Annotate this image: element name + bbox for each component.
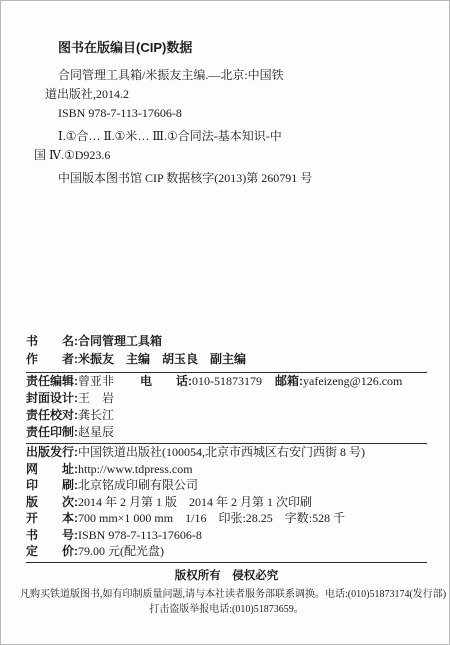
website-label: 网址 <box>26 461 74 478</box>
print-supervisor-label: 责任印制 <box>26 424 74 441</box>
book-title-label: 书名 <box>26 332 74 350</box>
staff-cover-row: 封面设计:王 岩 <box>26 390 427 407</box>
phone-number: 010-51873179 <box>192 374 262 388</box>
cip-classification-line-1: Ⅰ.①合… Ⅱ.①米… Ⅲ.①合同法-基本知识-中 <box>58 127 427 146</box>
email-label: 邮箱 <box>275 373 299 390</box>
editor-name: 曾亚非 <box>78 374 114 388</box>
edition-row: 版次:2014 年 2 月第 1 版 2014 年 2 月第 1 次印刷 <box>26 494 427 511</box>
edition-value: 2014 年 2 月第 1 版 2014 年 2 月第 1 次印刷 <box>78 495 312 509</box>
format-row: 开本:700 mm×1 000 mm 1/16 印张:28.25 字数:528 … <box>26 510 427 527</box>
copyright-page: 图书在版编目(CIP)数据 合同管理工具箱/米振友主编.—北京:中国铁 道出版社… <box>0 0 450 645</box>
staff-editor-row: 责任编辑:曾亚非电话:010-51873179邮箱:yafeizeng@126.… <box>26 373 427 390</box>
cip-title-line-2: 道出版社,2014.2 <box>45 85 427 104</box>
editor-label: 责任编辑 <box>26 373 74 390</box>
website-value: http://www.tdpress.com <box>78 462 193 476</box>
book-author-label: 作者 <box>26 350 74 368</box>
format-value: 700 mm×1 000 mm 1/16 印张:28.25 字数:528 千 <box>78 511 345 525</box>
proofreader-name: 龚长江 <box>78 408 114 422</box>
phone-label: 电话 <box>140 373 188 390</box>
cover-design-label: 封面设计 <box>26 390 74 407</box>
staff-proofreader-row: 责任校对:龚长江 <box>26 407 427 424</box>
cip-classification-line-2: 国 Ⅳ.①D923.6 <box>34 146 427 165</box>
book-number-label: 书号 <box>26 527 74 544</box>
book-author-value: 米振友 主编 胡玉良 副主编 <box>78 352 246 366</box>
publishing-block: 出版发行:中国铁道出版社(100054,北京市西城区右安门西街 8 号) 网址:… <box>26 444 427 560</box>
copyright-notice: 版权所有 侵权必究 <box>26 569 427 584</box>
cover-designer-name: 王 岩 <box>78 391 114 405</box>
book-title-value: 合同管理工具箱 <box>78 334 162 348</box>
quality-service-line: 凡购买铁道版图书,如有印制质量问题,请与本社读者服务部联系调换。电话:(010)… <box>20 587 433 602</box>
price-row: 定价:79.00 元(配光盘) <box>26 543 427 560</box>
printing-company-value: 北京铭成印刷有限公司 <box>78 478 198 492</box>
book-number-row: 书号:ISBN 978-7-113-17606-8 <box>26 527 427 544</box>
cip-title-line-1: 合同管理工具箱/米振友主编.—北京:中国铁 <box>58 66 427 85</box>
cip-record-number: 中国版本图书馆 CIP 数据核字(2013)第 260791 号 <box>58 169 427 188</box>
publisher-label: 出版发行 <box>26 444 74 461</box>
price-value: 79.00 元(配光盘) <box>78 544 164 558</box>
copyright-footer: 版权所有 侵权必究 凡购买铁道版图书,如有印制质量问题,请与本社读者服务部联系调… <box>26 569 427 617</box>
cip-isbn: ISBN 978-7-113-17606-8 <box>58 104 427 123</box>
book-info-block: 书名:合同管理工具箱 作者:米振友 主编 胡玉良 副主编 <box>26 332 427 368</box>
book-number-value: ISBN 978-7-113-17606-8 <box>78 528 202 542</box>
website-row: 网址:http://www.tdpress.com <box>26 461 427 478</box>
printing-company-row: 印刷:北京铭成印刷有限公司 <box>26 477 427 494</box>
anti-piracy-hotline: 打击盗版举报电话:(010)51873659。 <box>20 602 433 617</box>
publisher-value: 中国铁道出版社(100054,北京市西城区右安门西街 8 号) <box>78 445 365 459</box>
cip-header: 图书在版编目(CIP)数据 <box>58 38 427 57</box>
proofreader-label: 责任校对 <box>26 407 74 424</box>
cip-block: 图书在版编目(CIP)数据 合同管理工具箱/米振友主编.—北京:中国铁 道出版社… <box>34 38 427 188</box>
format-label: 开本 <box>26 510 74 527</box>
staff-block: 责任编辑:曾亚非电话:010-51873179邮箱:yafeizeng@126.… <box>26 373 427 441</box>
email-address: yafeizeng@126.com <box>303 374 402 388</box>
book-author-row: 作者:米振友 主编 胡玉良 副主编 <box>26 350 427 368</box>
price-label: 定价 <box>26 543 74 560</box>
print-supervisor-name: 赵星辰 <box>78 425 114 439</box>
printing-company-label: 印刷 <box>26 477 74 494</box>
book-title-row: 书名:合同管理工具箱 <box>26 332 427 350</box>
staff-printer-row: 责任印制:赵星辰 <box>26 424 427 441</box>
edition-label: 版次 <box>26 494 74 511</box>
publisher-row: 出版发行:中国铁道出版社(100054,北京市西城区右安门西街 8 号) <box>26 444 427 461</box>
divider-line-3 <box>26 562 427 563</box>
